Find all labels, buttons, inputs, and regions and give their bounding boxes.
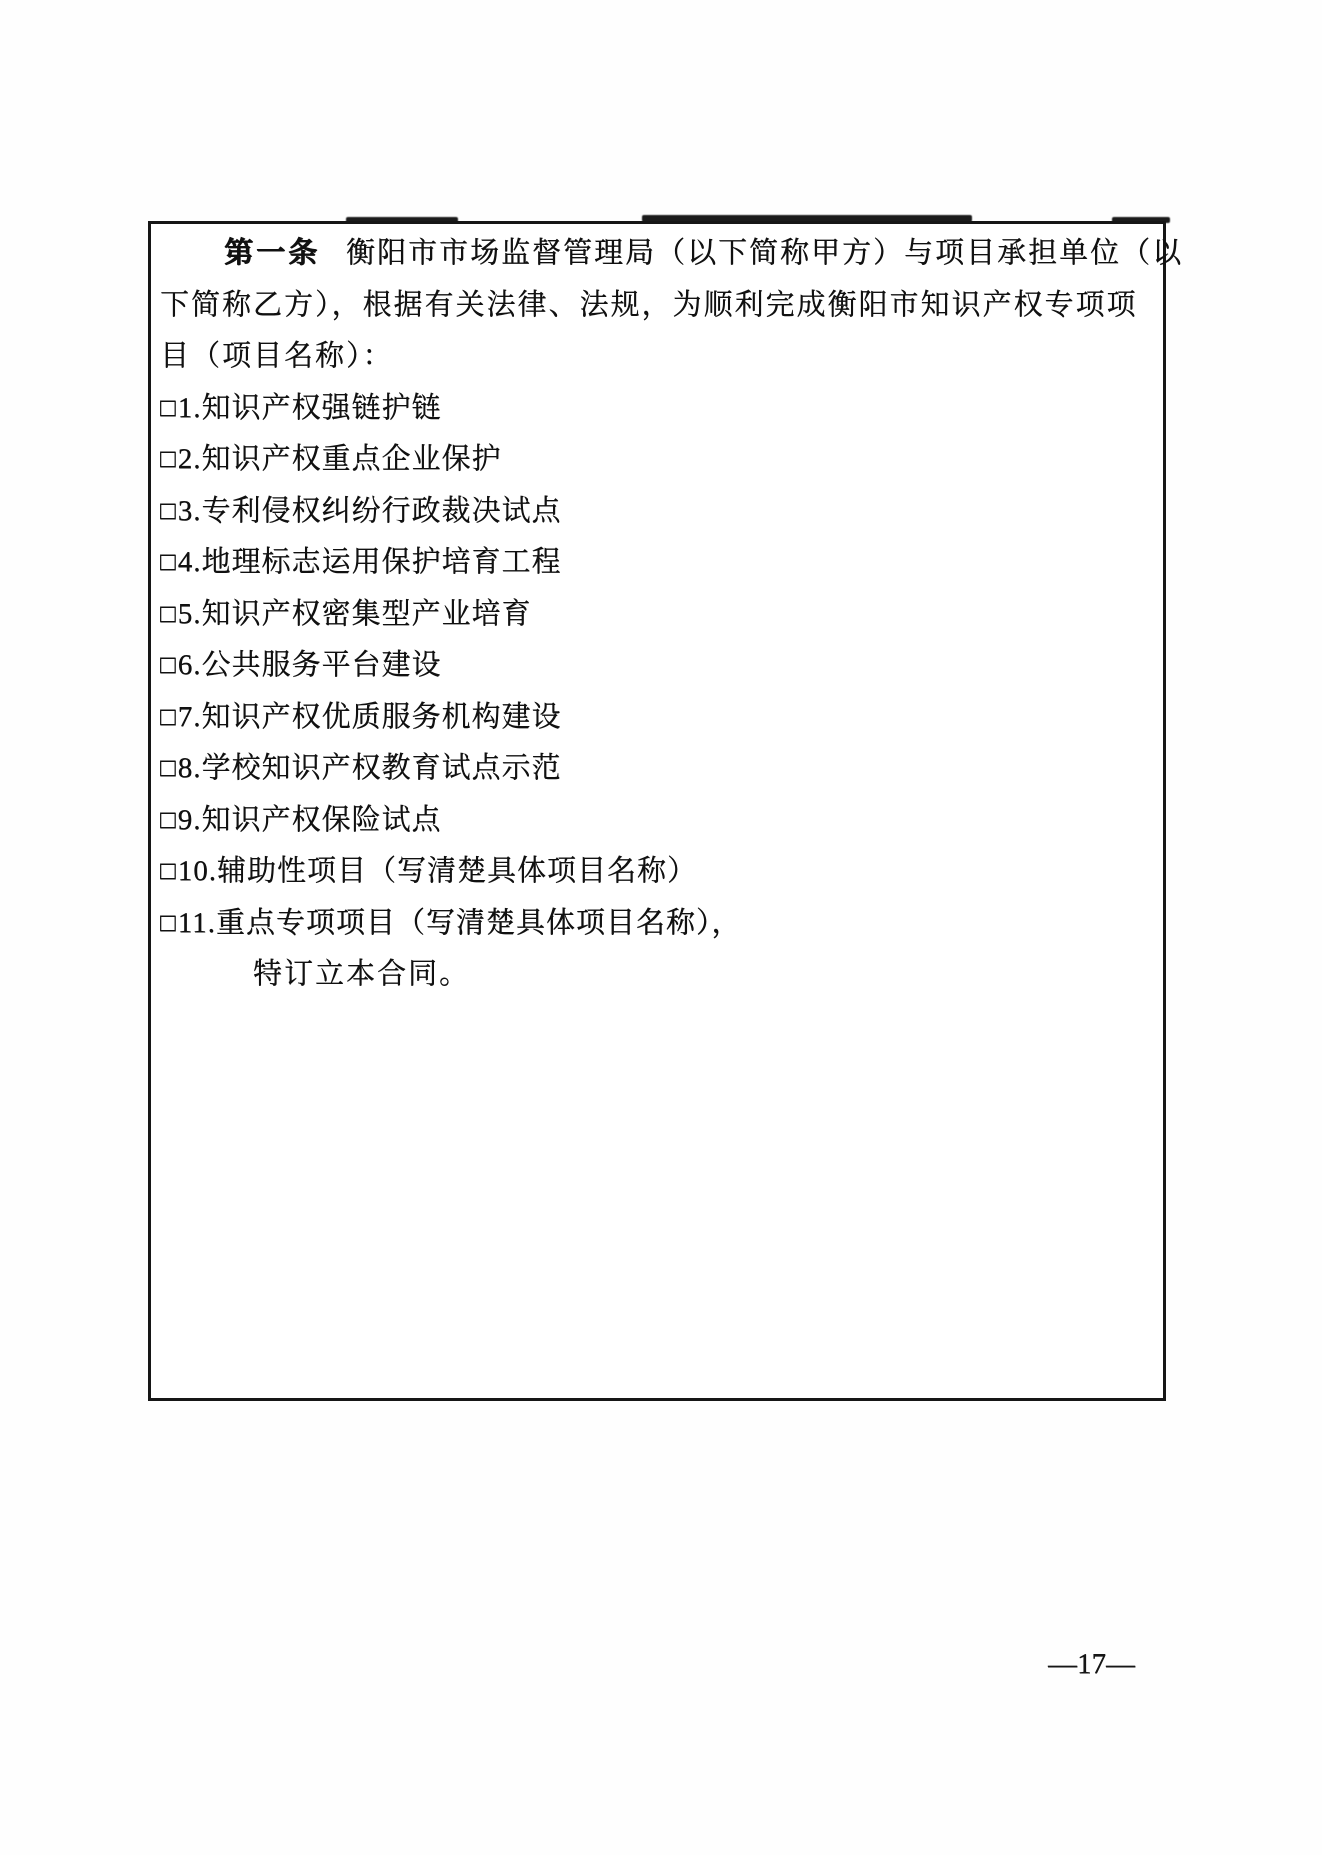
checklist-item-label: 5.知识产权密集型产业培育: [178, 598, 532, 630]
intro-line-1: 第一条衡阳市市场监督管理局（以下简称甲方）与项目承担单位（以: [160, 228, 1162, 280]
checklist-item-label: 1.知识产权强链护链: [178, 392, 442, 424]
document-page: 第一条衡阳市市场监督管理局（以下简称甲方）与项目承担单位（以 下简称乙方），根据…: [0, 0, 1322, 1855]
checklist-item: □4.地理标志运用保护培育工程: [160, 537, 1162, 589]
project-checklist: □1.知识产权强链护链 □2.知识产权重点企业保护 □3.专利侵权纠纷行政裁决试…: [160, 383, 1162, 950]
checkbox-icon: □: [160, 897, 177, 949]
checkbox-icon: □: [160, 845, 177, 897]
intro-line-3-text: 目（项目名称）：: [160, 340, 394, 372]
checkbox-icon: □: [160, 691, 177, 743]
checklist-item-label: 4.地理标志运用保护培育工程: [178, 546, 562, 578]
checklist-item-label: 8.学校知识产权教育试点示范: [178, 752, 562, 784]
intro-line-2-text: 下简称乙方），根据有关法律、法规，为顺利完成衡阳市知识产权专项项: [160, 289, 1138, 321]
checkbox-icon: □: [160, 485, 177, 537]
checklist-item-label: 7.知识产权优质服务机构建设: [178, 701, 562, 733]
checkbox-icon: □: [160, 433, 177, 485]
closing-text: 特订立本合同。: [253, 958, 470, 990]
checkbox-icon: □: [160, 382, 177, 434]
contract-body: 第一条衡阳市市场监督管理局（以下简称甲方）与项目承担单位（以 下简称乙方），根据…: [160, 228, 1162, 1001]
intro-line-3: 目（项目名称）：: [160, 331, 1162, 383]
checklist-item-label: 9.知识产权保险试点: [178, 804, 442, 836]
checklist-item: □1.知识产权强链护链: [160, 383, 1162, 435]
checklist-item: □2.知识产权重点企业保护: [160, 434, 1162, 486]
checklist-item: □9.知识产权保险试点: [160, 795, 1162, 847]
checklist-item: □3.专利侵权纠纷行政裁决试点: [160, 486, 1162, 538]
checkbox-icon: □: [160, 536, 177, 588]
checklist-item: □10.辅助性项目（写清楚具体项目名称）: [160, 846, 1162, 898]
checklist-item: □7.知识产权优质服务机构建设: [160, 692, 1162, 744]
intro-line-2: 下简称乙方），根据有关法律、法规，为顺利完成衡阳市知识产权专项项: [160, 280, 1162, 332]
checklist-item-label: 10.辅助性项目（写清楚具体项目名称）: [178, 855, 697, 887]
checklist-item: □5.知识产权密集型产业培育: [160, 589, 1162, 641]
checkbox-icon: □: [160, 588, 177, 640]
checklist-item-label: 3.专利侵权纠纷行政裁决试点: [178, 495, 562, 527]
checkbox-icon: □: [160, 742, 177, 794]
checklist-item: □8.学校知识产权教育试点示范: [160, 743, 1162, 795]
checklist-item-label: 11.重点专项项目（写清楚具体项目名称），: [178, 907, 742, 939]
checklist-item: □6.公共服务平台建设: [160, 640, 1162, 692]
checklist-item-label: 2.知识产权重点企业保护: [178, 443, 502, 475]
intro-line-1-text: 衡阳市市场监督管理局（以下简称甲方）与项目承担单位（以: [346, 237, 1183, 269]
checklist-item: □11.重点专项项目（写清楚具体项目名称），: [160, 898, 1162, 950]
checklist-item-label: 6.公共服务平台建设: [178, 649, 442, 681]
article-heading: 第一条: [224, 237, 320, 269]
page-number: —17—: [1048, 1648, 1135, 1681]
checkbox-icon: □: [160, 794, 177, 846]
closing-line: 特订立本合同。: [160, 949, 1162, 1001]
checkbox-icon: □: [160, 639, 177, 691]
